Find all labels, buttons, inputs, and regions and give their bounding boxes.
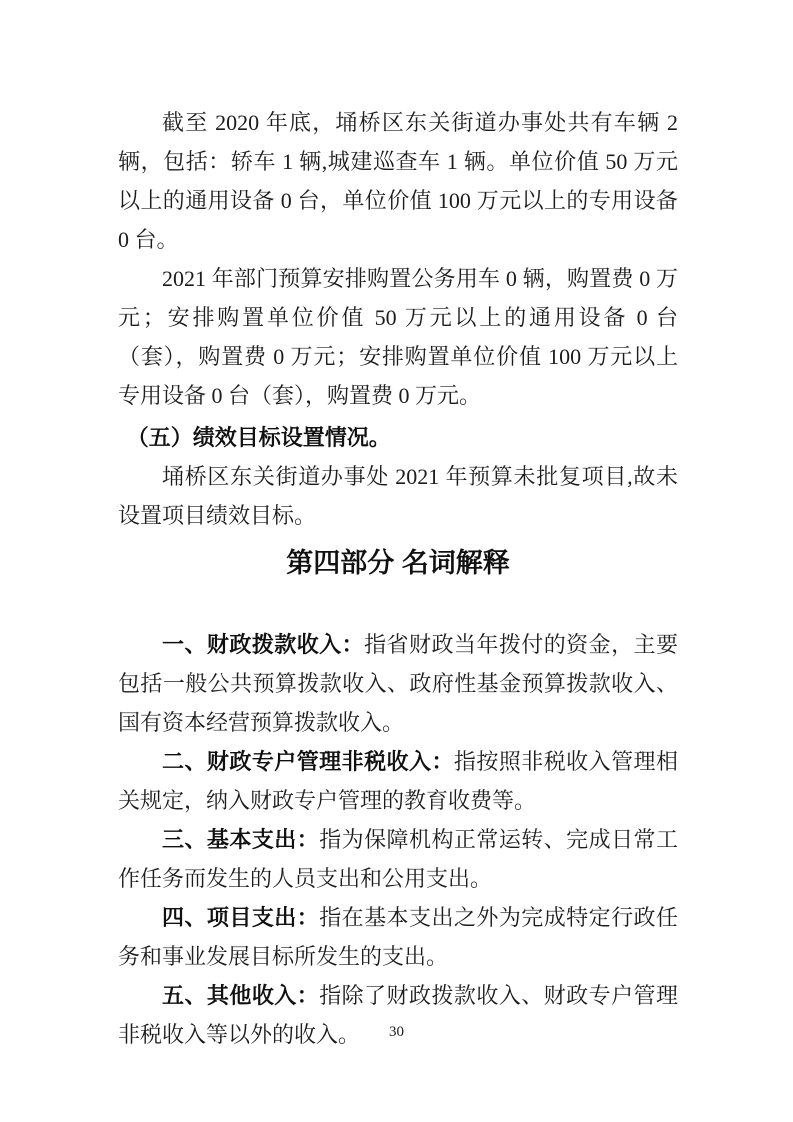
document-content: 截至 2020 年底，埇桥区东关街道办事处共有车辆 2 辆，包括：轿车 1 辆,…	[118, 103, 678, 1054]
document-page: 截至 2020 年底，埇桥区东关街道办事处共有车辆 2 辆，包括：轿车 1 辆,…	[0, 0, 793, 1122]
definition-item-other-income: 五、其他收入：指除了财政拨款收入、财政专户管理非税收入等以外的收入。	[118, 976, 678, 1054]
paragraph-performance-targets: 埇桥区东关街道办事处 2021 年预算未批复项目,故未设置项目绩效目标。	[118, 457, 678, 535]
definition-term: 二、财政专户管理非税收入：	[162, 749, 454, 774]
heading-performance-targets: （五）绩效目标设置情况。	[118, 418, 678, 457]
definition-term: 一、财政拨款收入：	[162, 632, 364, 657]
definition-item-non-tax-income: 二、财政专户管理非税收入：指按照非税收入管理相关规定，纳入财政专户管理的教育收费…	[118, 742, 678, 820]
heading-part-four-glossary: 第四部分 名词解释	[118, 543, 678, 583]
page-number: 30	[0, 1022, 793, 1042]
definition-item-project-expenditure: 四、项目支出：指在基本支出之外为完成特定行政任务和事业发展目标所发生的支出。	[118, 898, 678, 976]
definition-term: 四、项目支出：	[162, 905, 319, 930]
paragraph-purchase-plan-2021: 2021 年部门预算安排购置公务用车 0 辆，购置费 0 万元；安排购置单位价值…	[118, 259, 678, 415]
definition-item-basic-expenditure: 三、基本支出：指为保障机构正常运转、完成日常工作任务而发生的人员支出和公用支出。	[118, 820, 678, 898]
paragraph-vehicle-status: 截至 2020 年底，埇桥区东关街道办事处共有车辆 2 辆，包括：轿车 1 辆,…	[118, 103, 678, 259]
definition-item-fiscal-appropriation-income: 一、财政拨款收入：指省财政当年拨付的资金，主要包括一般公共预算拨款收入、政府性基…	[118, 625, 678, 742]
definition-term: 五、其他收入：	[162, 983, 319, 1008]
definition-term: 三、基本支出：	[162, 827, 319, 852]
